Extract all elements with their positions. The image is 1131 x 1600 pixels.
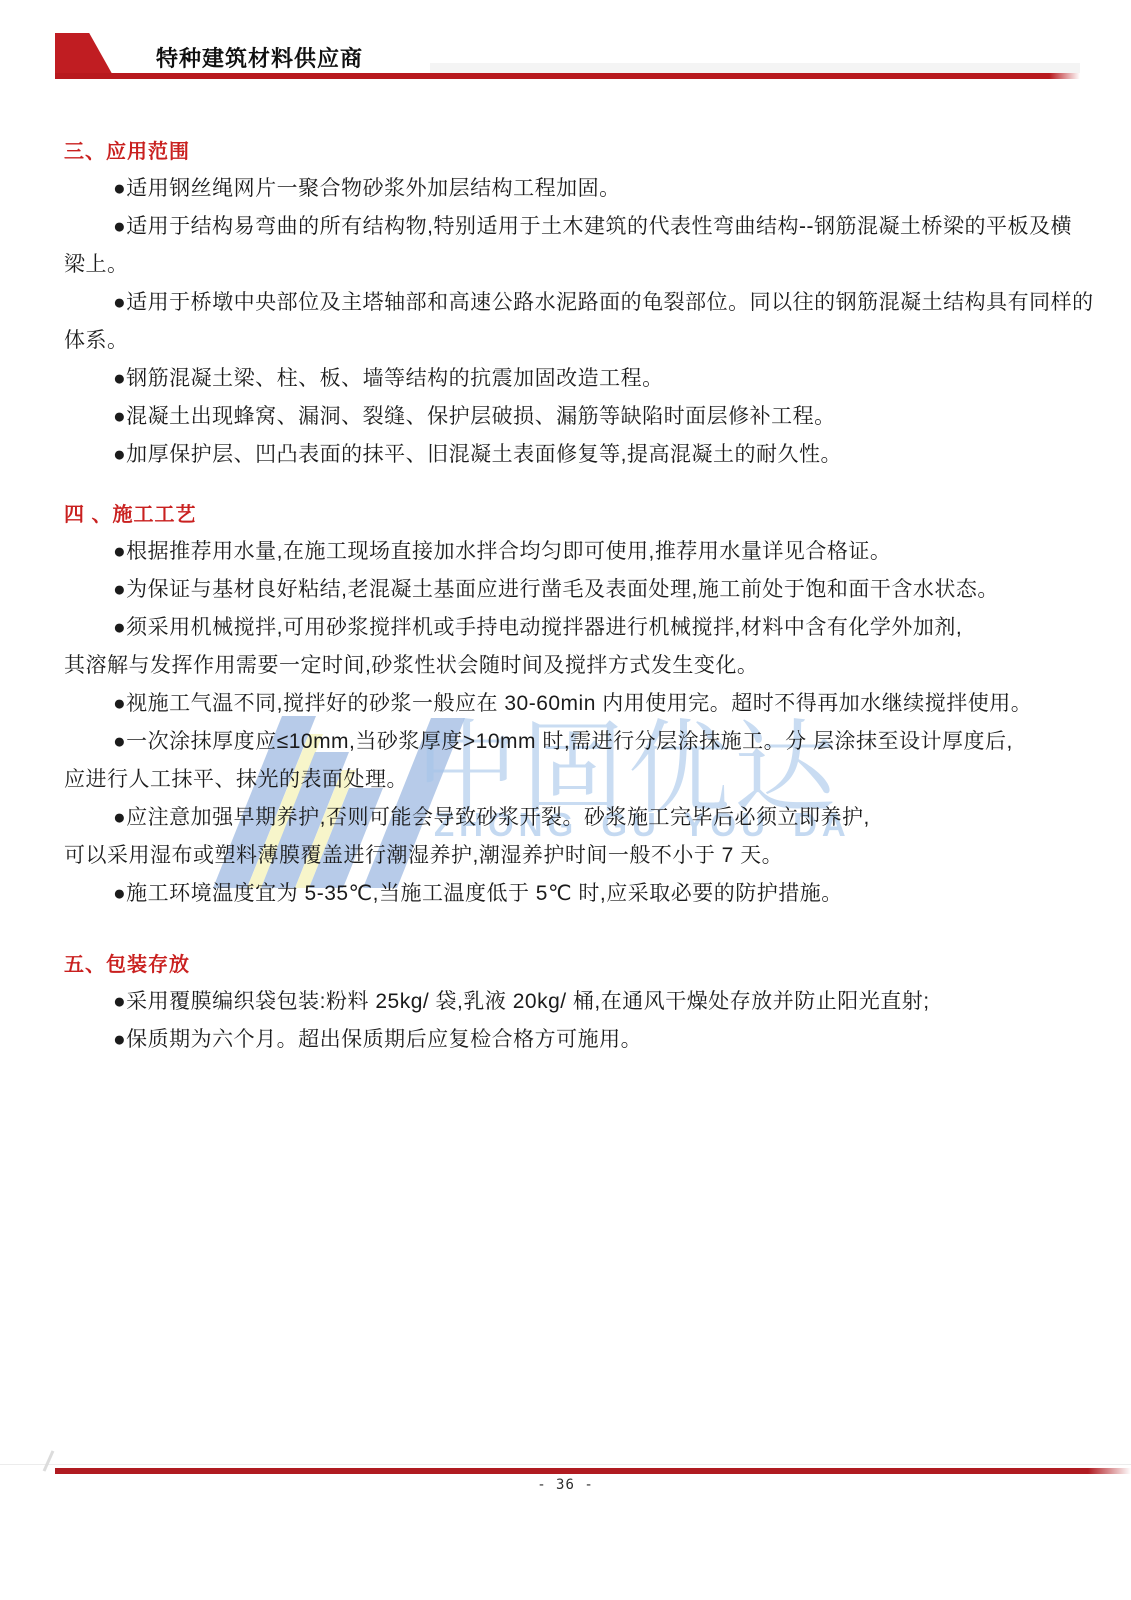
bullet-line: ●采用覆膜编织袋包装:粉料 25kg/ 袋,乳液 20kg/ 桶,在通风干燥处存… xyxy=(64,983,1074,1021)
section-title: 五、包装存放 xyxy=(64,953,1074,983)
continuation-line: 梁上。 xyxy=(64,246,1074,284)
bullet-line: ●一次涂抹厚度应≤10mm,当砂浆厚度>10mm 时,需进行分层涂抹施工。分 层… xyxy=(64,723,1074,761)
section-title: 四 、施工工艺 xyxy=(64,503,1074,533)
document-body: 三、应用范围 ●适用钢丝绳网片一聚合物砂浆外加层结构工程加固。 ●适用于结构易弯… xyxy=(64,140,1074,1059)
bullet-line: ●钢筋混凝土梁、柱、板、墙等结构的抗震加固改造工程。 xyxy=(64,360,1074,398)
continuation-line: 其溶解与发挥作用需要一定时间,砂浆性状会随时间及搅拌方式发生变化。 xyxy=(64,647,1074,685)
bullet-line: ●加厚保护层、凹凸表面的抹平、旧混凝土表面修复等,提高混凝土的耐久性。 xyxy=(64,436,1074,474)
continuation-line: 可以采用湿布或塑料薄膜覆盖进行潮湿养护,潮湿养护时间一般不小于 7 天。 xyxy=(64,837,1074,875)
bullet-line: ●保质期为六个月。超出保质期后应复检合格方可施用。 xyxy=(64,1021,1074,1059)
continuation-line: 应进行人工抹平、抹光的表面处理。 xyxy=(64,761,1074,799)
header-shade-band xyxy=(430,63,1080,73)
footer-rule-line xyxy=(55,1468,1131,1474)
bullet-line: ●须采用机械搅拌,可用砂浆搅拌机或手持电动搅拌器进行机械搅拌,材料中含有化学外加… xyxy=(64,609,1074,647)
bullet-line: ●视施工气温不同,搅拌好的砂浆一般应在 30-60min 内用使用完。超时不得再… xyxy=(64,685,1074,723)
bullet-line: ●混凝土出现蜂窝、漏洞、裂缝、保护层破损、漏筋等缺陷时面层修补工程。 xyxy=(64,398,1074,436)
section-application-scope: 三、应用范围 ●适用钢丝绳网片一聚合物砂浆外加层结构工程加固。 ●适用于结构易弯… xyxy=(64,140,1074,474)
section-construction-process: 四 、施工工艺 ●根据推荐用水量,在施工现场直接加水拌合均匀即可使用,推荐用水量… xyxy=(64,503,1074,913)
bullet-line: ●根据推荐用水量,在施工现场直接加水拌合均匀即可使用,推荐用水量详见合格证。 xyxy=(64,533,1074,571)
footer-diagonal-accent xyxy=(43,1450,55,1471)
footer-hairline xyxy=(0,1464,1131,1465)
bullet-line: ●适用钢丝绳网片一聚合物砂浆外加层结构工程加固。 xyxy=(64,170,1074,208)
section-title: 三、应用范围 xyxy=(64,140,1074,170)
bullet-line: ●适用于桥墩中央部位及主塔轴部和高速公路水泥路面的龟裂部位。同以往的钢筋混凝土结… xyxy=(64,284,1074,322)
brand-title: 特种建筑材料供应商 xyxy=(156,42,363,73)
bullet-line: ●适用于结构易弯曲的所有结构物,特别适用于土木建筑的代表性弯曲结构--钢筋混凝土… xyxy=(64,208,1074,246)
header-rule-line xyxy=(55,73,1080,79)
bullet-line: ●为保证与基材良好粘结,老混凝土基面应进行凿毛及表面处理,施工前处于饱和面干含水… xyxy=(64,571,1074,609)
page-number: - 36 - xyxy=(0,1477,1131,1493)
section-packaging-storage: 五、包装存放 ●采用覆膜编织袋包装:粉料 25kg/ 袋,乳液 20kg/ 桶,… xyxy=(64,953,1074,1059)
document-page: 特种建筑材料供应商 中固优达 ZHONG GU YOU DA 三、应用范围 ●适… xyxy=(0,0,1131,1600)
bullet-line: ●应注意加强早期养护,否则可能会导致砂浆开裂。砂浆施工完毕后必须立即养护, xyxy=(64,799,1074,837)
continuation-line: 体系。 xyxy=(64,322,1074,360)
bullet-line: ●施工环境温度宜为 5-35℃,当施工温度低于 5℃ 时,应采取必要的防护措施。 xyxy=(64,875,1074,913)
